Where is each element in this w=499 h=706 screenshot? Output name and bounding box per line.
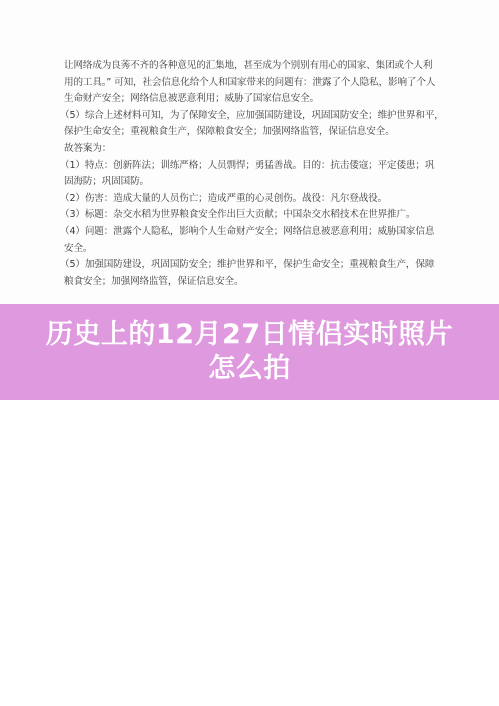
document-line: （4）问题：泄露个人隐私，影响个人生命财产安全；网络信息被恶意利用；威胁国家信息: [60, 224, 444, 241]
document-line: 故答案为：: [64, 141, 444, 158]
document-line: 让网络成为良莠不齐的各种意见的汇集地，甚至成为个别别有用心的国家、集团或个人利: [64, 58, 444, 75]
document-line: （2）伤害：造成大量的人员伤亡；造成严重的心灵创伤。战役：凡尔登战役。: [60, 191, 444, 208]
document-line: （5）综合上述材料可知，为了保障安全，应加强国防建设，巩固国防安全；维护世界和平…: [60, 108, 444, 125]
document-line: （3）标题：杂交水稻为世界粮食安全作出巨大贡献；中国杂交水稻技术在世界推广。: [60, 207, 444, 224]
document-excerpt-image: 让网络成为良莠不齐的各种意见的汇集地，甚至成为个别别有用心的国家、集团或个人利 …: [0, 0, 499, 304]
document-line: （5）加强国防建设，巩固国防安全；维护世界和平，保护生命安全；重视粮食生产，保障: [60, 257, 444, 274]
document-line: 保护生命安全；重视粮食生产，保障粮食安全；加强网络监管，保证信息安全。: [64, 124, 444, 141]
document-text: 让网络成为良莠不齐的各种意见的汇集地，甚至成为个别别有用心的国家、集团或个人利 …: [64, 58, 444, 290]
document-line: 固海防；巩固国防。: [64, 174, 444, 191]
title-banner: 历史上的12月27日情侣实时照片怎么拍: [0, 304, 499, 400]
document-line: 生命财产安全；网络信息被恶意利用；威胁了国家信息安全。: [64, 91, 444, 108]
document-line: 用的工具。” 可知，社会信息化给个人和国家带来的问题有：泄露了个人隐私，影响了个…: [64, 75, 444, 92]
document-line: 安全。: [64, 241, 444, 258]
document-line: 粮食安全；加强网络监管，保证信息安全。: [64, 274, 444, 291]
document-line: （1）特点：创新阵法；训练严格；人员剽悍；勇猛善战。目的：抗击倭寇；平定倭患；巩: [60, 158, 444, 175]
banner-title: 历史上的12月27日情侣实时照片怎么拍: [40, 318, 460, 386]
blank-area: [0, 400, 499, 706]
